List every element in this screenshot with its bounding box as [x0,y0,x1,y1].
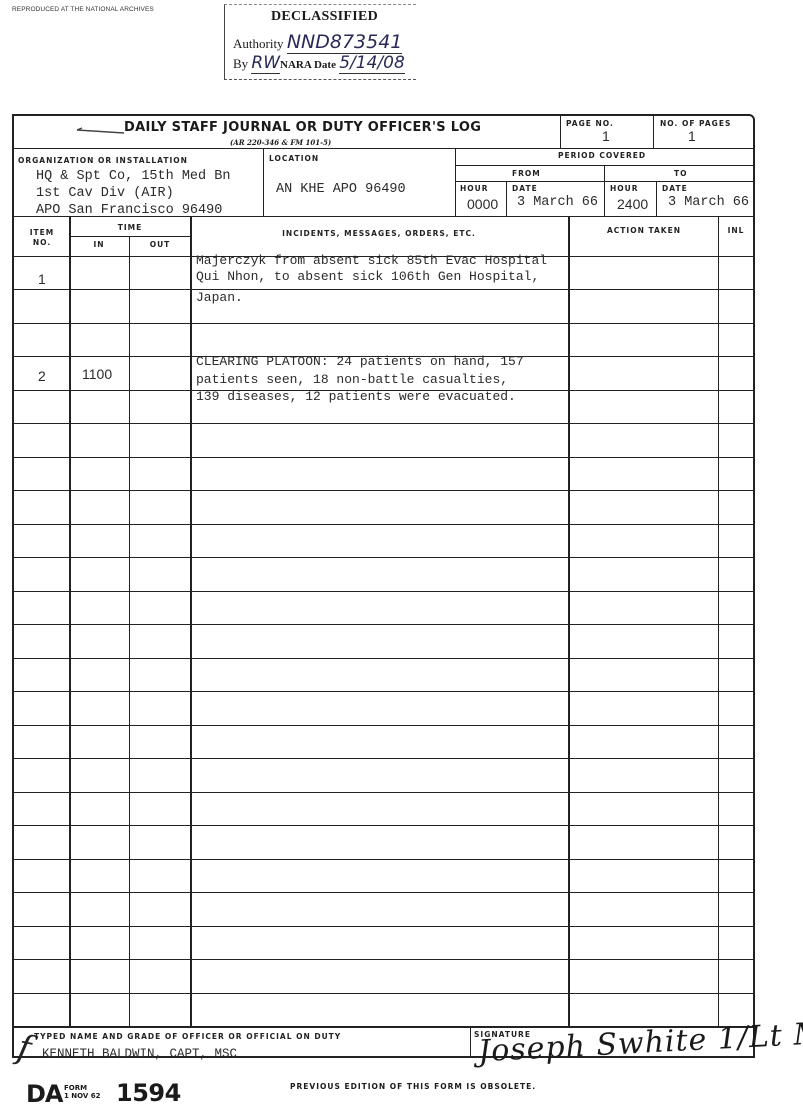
nara-date-value: 5/14/08 [339,53,405,74]
form-subtitle: (AR 220-346 & FM 101-5) [230,138,331,147]
divider [653,116,654,148]
archives-note: REPRODUCED AT THE NATIONAL ARCHIVES [12,6,154,13]
entry-2-time-in: 1100 [82,366,112,382]
divider [470,1026,471,1058]
table-row-rule [14,591,754,592]
authority-value: NND873541 [287,31,403,54]
table-row-rule [14,691,754,692]
table-row-rule [14,457,754,458]
divider [560,116,561,148]
column-divider [568,216,570,1026]
no-of-pages-value: 1 [688,128,696,144]
to-date-label: DATE [662,184,688,193]
item-no-header-1: ITEM [18,228,66,237]
authority-label: Authority [233,36,284,51]
table-row-rule [14,725,754,726]
time-header: TIME [70,223,190,232]
nara-date-label: NARA Date [280,59,336,71]
table-row-rule [14,859,754,860]
arrow-mark-icon [76,127,126,135]
location-value: AN KHE APO 96490 [276,182,406,197]
officer-name: KENNETH BALDWIN, CAPT, MSC [42,1047,237,1061]
column-divider [69,216,71,1026]
table-row-rule [14,658,754,659]
table-row-rule [14,825,754,826]
divider [455,181,754,182]
table-row-rule [14,892,754,893]
divider [455,148,456,216]
table-row-rule [14,624,754,625]
divider [656,181,657,216]
divider [263,148,264,216]
incidents-header: INCIDENTS, MESSAGES, ORDERS, ETC. [192,229,566,238]
entry-2-line-3: 139 diseases, 12 patients were evacuated… [196,389,516,404]
divider [604,165,605,216]
table-row-rule [14,758,754,759]
item-no-header-2: NO. [18,238,66,247]
page-no-label: PAGE NO. [566,119,614,128]
duty-log-form: DAILY STAFF JOURNAL OR DUTY OFFICER'S LO… [12,114,755,1058]
from-date-label: DATE [512,184,538,193]
from-hour-value: 0000 [467,196,498,212]
form-date: 1 NOV 62 [64,1092,101,1100]
table-row-rule [14,323,754,324]
entry-1-item-no: 1 [38,271,46,287]
divider [506,181,507,216]
entry-2-item-no: 2 [38,368,46,384]
from-hour-label: HOUR [460,184,489,193]
by-row: By RWNARA Date 5/14/08 [233,53,405,73]
table-row-rule [14,423,754,424]
from-date-value: 3 March 66 [517,195,598,210]
declassified-title: DECLASSIFIED [271,9,378,25]
column-divider [129,236,130,1026]
time-out-header: OUT [130,240,190,249]
previous-edition-note: PREVIOUS EDITION OF THIS FORM IS OBSOLET… [290,1082,536,1091]
authority-row: Authority NND873541 [233,31,402,53]
entry-2-line-2: patients seen, 18 non-battle casualties, [196,372,508,387]
table-row-rule [14,993,754,994]
time-in-header: IN [70,240,128,249]
table-row-rule [14,557,754,558]
inl-header: INL [719,226,753,235]
action-taken-header: ACTION TAKEN [569,226,719,235]
officer-label: TYPED NAME AND GRADE OF OFFICER OR OFFIC… [34,1032,341,1041]
table-row-rule [14,792,754,793]
form-word: FORM [64,1084,101,1092]
column-divider [190,216,192,1026]
column-divider [718,216,719,1026]
to-date-value: 3 March 66 [668,195,749,210]
divider [14,148,754,149]
organization-line-1: HQ & Spt Co, 15th Med Bn [36,169,230,184]
organization-label: ORGANIZATION OR INSTALLATION [18,156,188,165]
entry-1-line-2: Qui Nhon, to absent sick 106th Gen Hospi… [196,269,539,284]
to-label: TO [674,169,688,178]
form-word-date: FORM 1 NOV 62 [64,1084,101,1100]
table-row-rule [14,490,754,491]
to-hour-value: 2400 [617,196,648,212]
period-covered-label: PERIOD COVERED [558,151,646,160]
divider [14,216,754,217]
entry-1-line-1: Majerczyk from absent sick 85th Evac Hos… [196,253,547,268]
to-hour-label: HOUR [610,184,639,193]
declassified-stamp: DECLASSIFIED Authority NND873541 By RWNA… [224,4,416,80]
form-number: 1594 [116,1079,181,1107]
no-of-pages-label: NO. OF PAGES [660,119,731,128]
table-row-rule [14,959,754,960]
from-label: FROM [512,169,541,178]
form-da: DA [26,1080,63,1108]
table-row-rule [14,926,754,927]
entry-2-line-1: CLEARING PLATOON: 24 patients on hand, 1… [196,354,524,369]
page-no-value: 1 [602,128,610,144]
entry-1-line-3: Japan. [196,290,243,305]
form-title: DAILY STAFF JOURNAL OR DUTY OFFICER'S LO… [124,120,481,135]
by-label: By [233,56,248,71]
table-row-rule [14,524,754,525]
by-initials: RW [251,53,280,74]
organization-line-2: 1st Cav Div (AIR) [36,186,174,201]
table-row-rule [14,289,754,290]
location-label: LOCATION [269,154,319,163]
